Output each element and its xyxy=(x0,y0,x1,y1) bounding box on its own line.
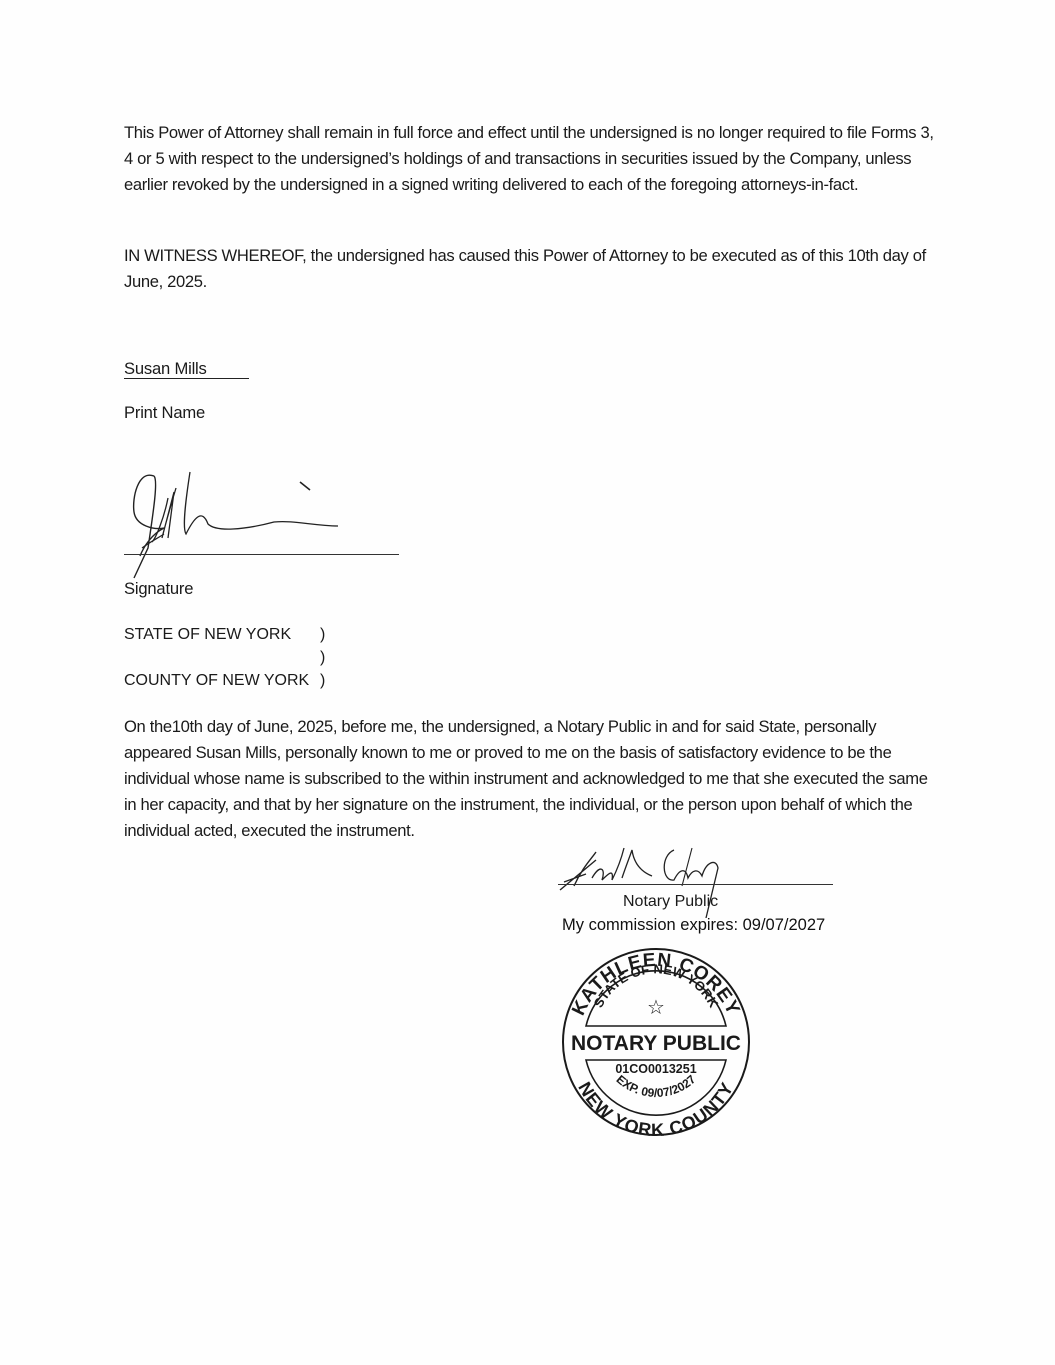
venue-county: COUNTY OF NEW YORK xyxy=(124,672,309,689)
svg-text:EXP. 09/07/2027: EXP. 09/07/2027 xyxy=(614,1072,699,1100)
signature-line xyxy=(124,554,399,555)
signatory-name: Susan Mills xyxy=(124,359,207,379)
acknowledgment-paragraph: On the10th day of June, 2025, before me,… xyxy=(124,714,944,844)
venue-block: STATE OF NEW YORK ) ) COUNTY OF NEW YORK… xyxy=(124,623,384,692)
signature-label: Signature xyxy=(124,579,193,599)
venue-state: STATE OF NEW YORK xyxy=(124,626,291,643)
signatory-signature-icon xyxy=(124,468,354,580)
star-icon: ☆ xyxy=(647,995,665,1019)
stamp-expiration: EXP. 09/07/2027 xyxy=(614,1072,699,1100)
notary-stamp: KATHLEEN COREY STATE OF NEW YORK ☆ NOTAR… xyxy=(556,946,756,1136)
document-page: This Power of Attorney shall remain in f… xyxy=(0,0,1055,1365)
stamp-title: NOTARY PUBLIC xyxy=(571,1032,741,1055)
print-name-label: Print Name xyxy=(124,403,205,423)
notary-signature-line xyxy=(558,884,833,885)
venue-paren: ) xyxy=(320,669,325,692)
commission-expiration: My commission expires: 09/07/2027 xyxy=(562,916,825,935)
venue-paren: ) xyxy=(320,623,325,646)
term-paragraph: This Power of Attorney shall remain in f… xyxy=(124,120,944,198)
notary-public-label: Notary Public xyxy=(623,893,718,911)
venue-paren: ) xyxy=(320,646,325,669)
stamp-commission-number: 01CO0013251 xyxy=(615,1062,696,1076)
witness-paragraph: IN WITNESS WHEREOF, the undersigned has … xyxy=(124,243,944,295)
print-name-underline xyxy=(124,378,249,379)
